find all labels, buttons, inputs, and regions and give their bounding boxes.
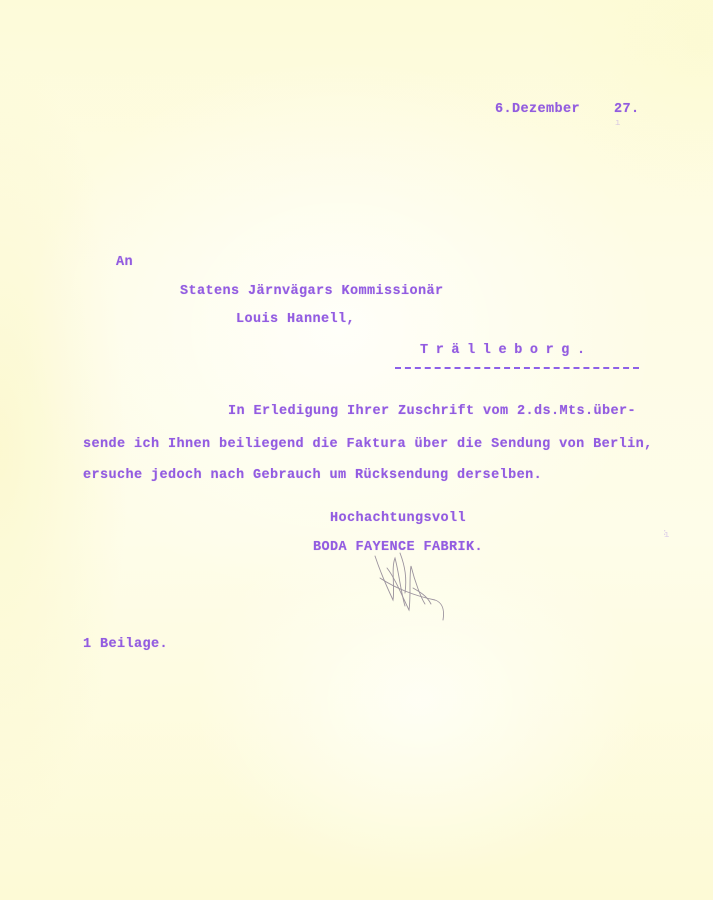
recipient-name: Louis Hannell, <box>236 312 355 327</box>
recipient-organization: Statens Järnvägars Kommissionär <box>180 284 444 299</box>
salutation: An <box>116 255 133 270</box>
closing: Hochachtungsvoll <box>330 511 466 526</box>
letter-paper: 6.Dezember 27. An Statens Järnvägars Kom… <box>0 0 713 900</box>
letter-date: 6.Dezember 27. <box>495 102 640 117</box>
paper-speck: ı <box>664 530 669 540</box>
recipient-city: Trälleborg. <box>420 343 593 358</box>
city-underline <box>395 367 639 369</box>
body-line-2: sende ich Ihnen beiliegend die Faktura ü… <box>83 437 653 452</box>
signature-icon <box>365 548 455 623</box>
body-line-1: In Erledigung Ihrer Zuschrift vom 2.ds.M… <box>228 404 636 419</box>
body-line-3: ersuche jedoch nach Gebrauch um Rücksend… <box>83 468 542 483</box>
enclosure-note: 1 Beilage. <box>83 637 168 652</box>
paper-speck: ı <box>615 118 620 128</box>
